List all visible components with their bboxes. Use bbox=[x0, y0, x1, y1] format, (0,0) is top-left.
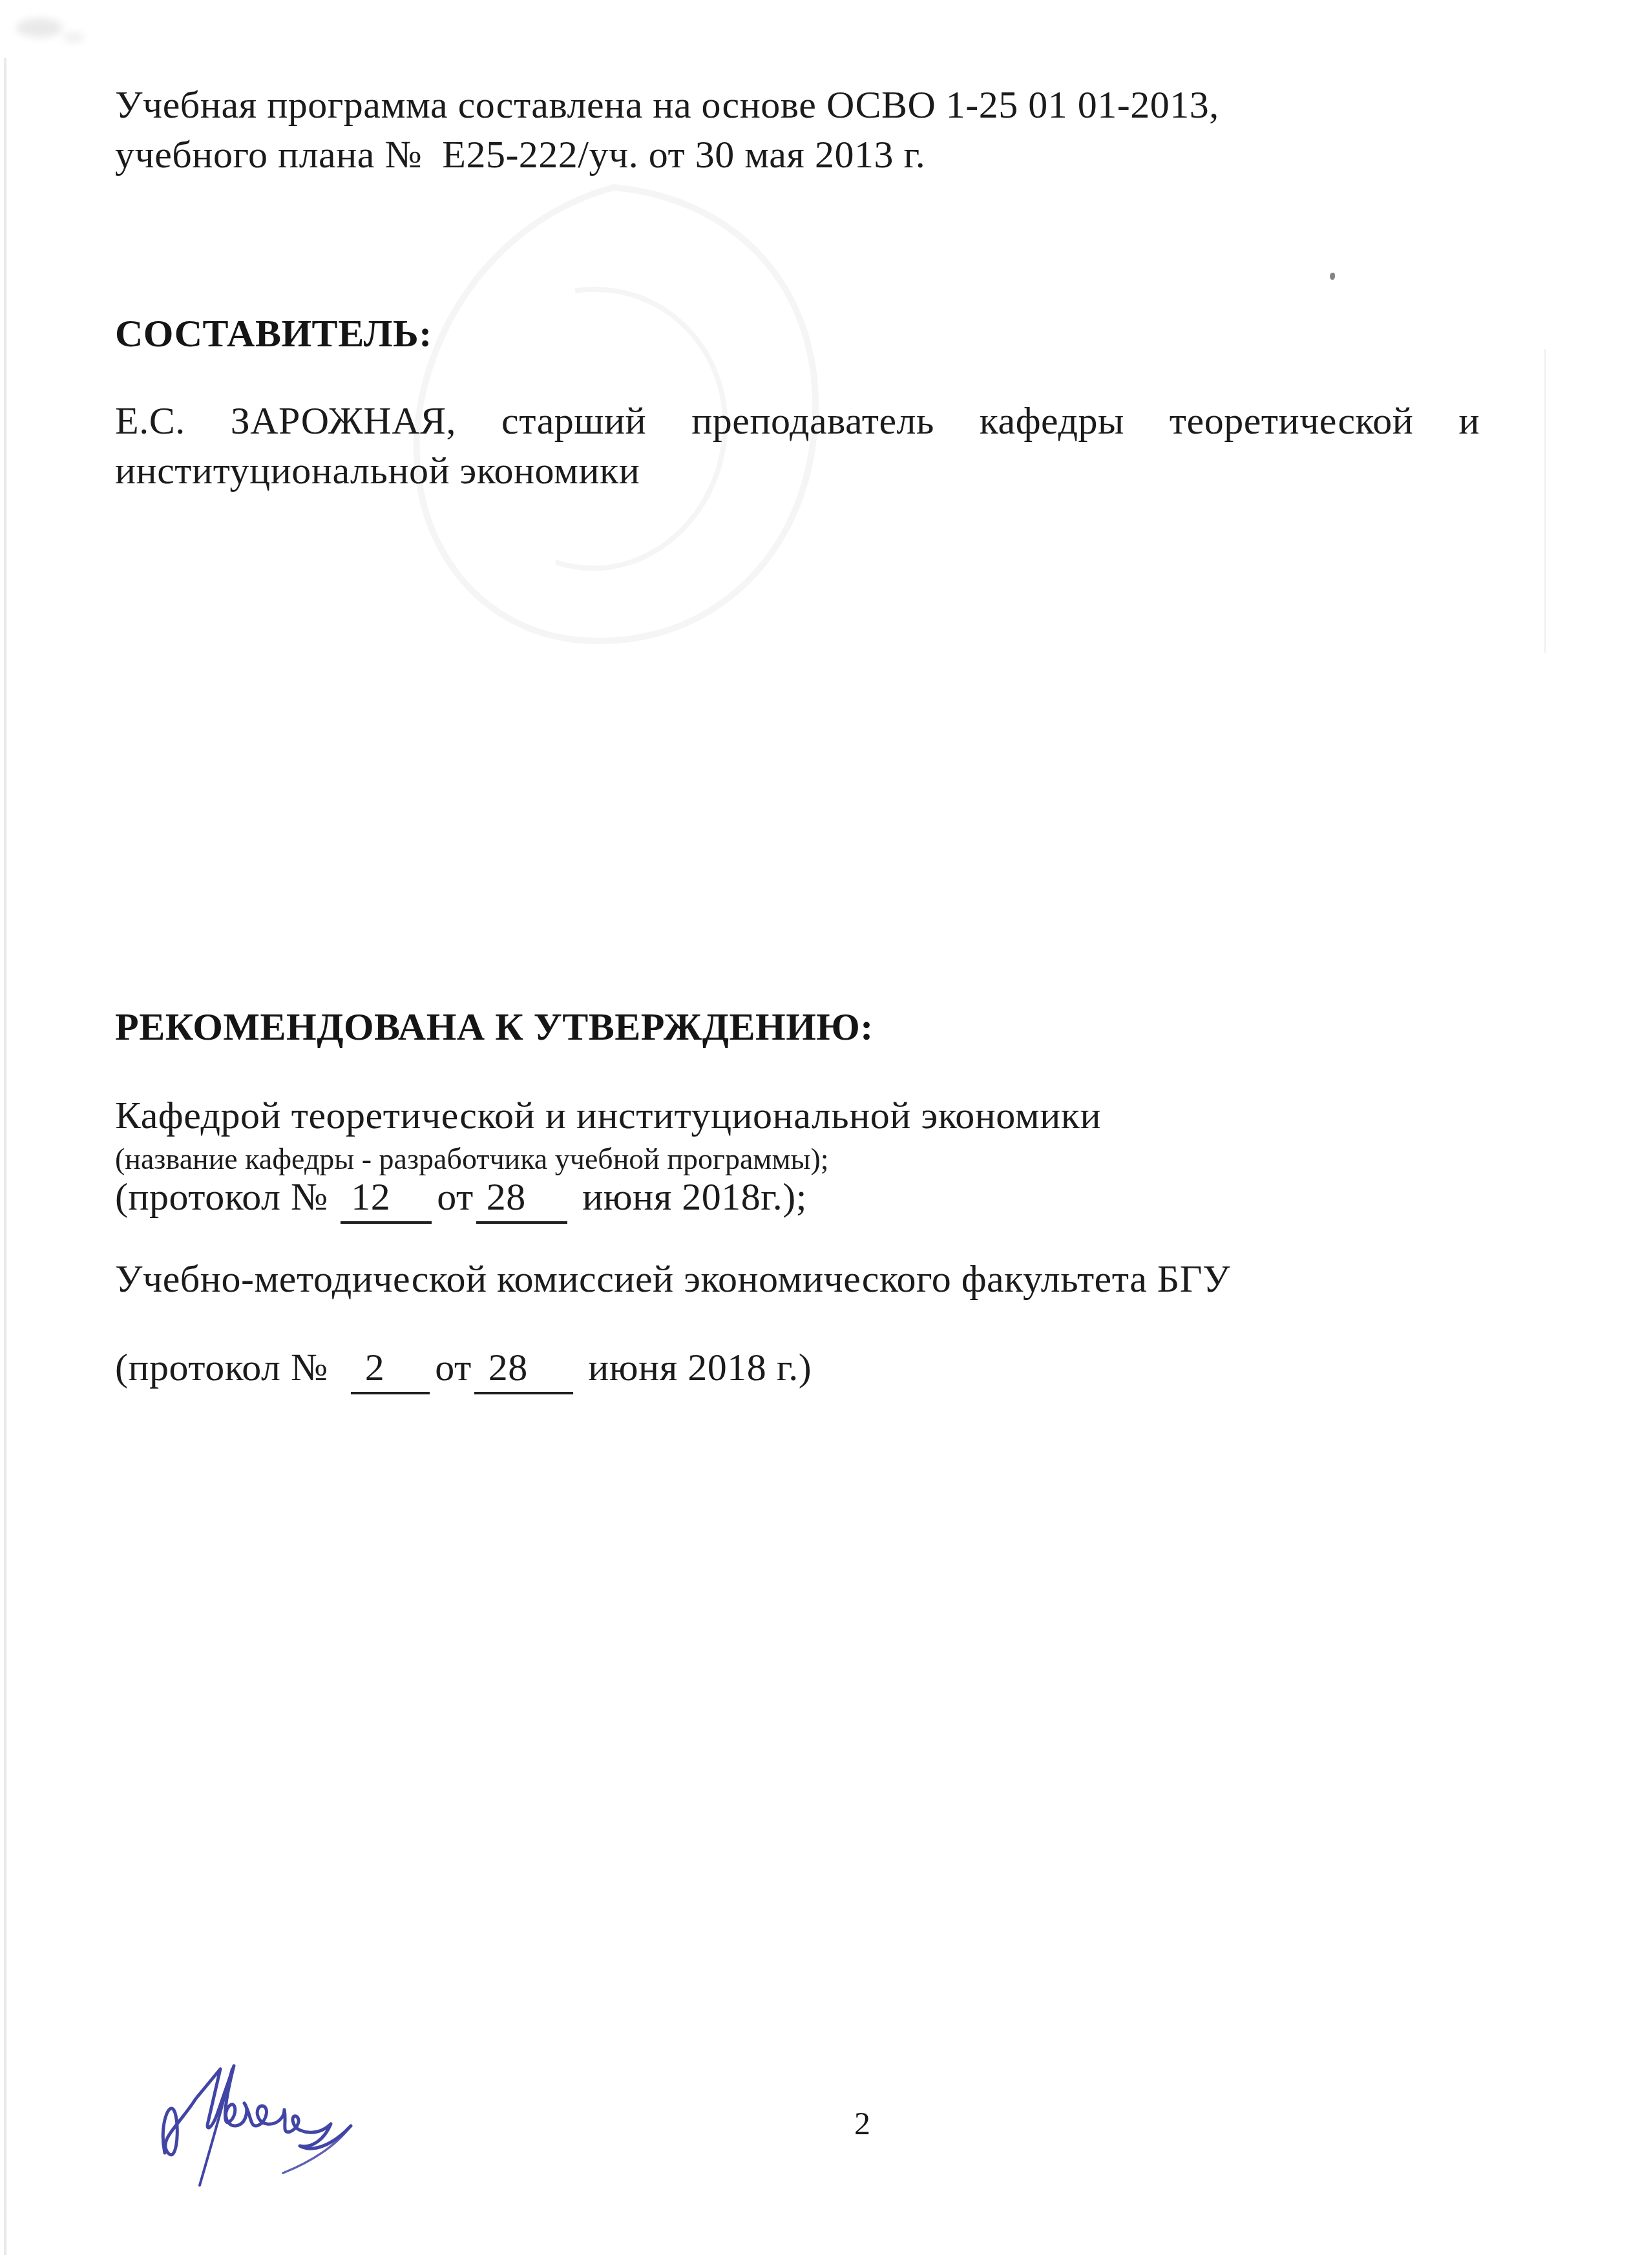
page-number: 2 bbox=[854, 2105, 870, 2141]
committee-line: Учебно-методической комиссией экономичес… bbox=[115, 1254, 1480, 1304]
signature-stroke bbox=[283, 2126, 350, 2173]
composer-heading: СОСТАВИТЕЛЬ: bbox=[115, 309, 1480, 359]
department-line: Кафедрой теоретической и институциональн… bbox=[115, 1091, 1480, 1140]
composer-line-2: институциональной экономики bbox=[115, 446, 1480, 496]
protocol1-date-field: 28 bbox=[476, 1175, 567, 1224]
protocol2-date-field: 28 bbox=[474, 1346, 573, 1394]
scan-smudge bbox=[16, 18, 63, 37]
scan-speck bbox=[1330, 273, 1335, 280]
protocol2-number-field: 2 bbox=[351, 1346, 430, 1394]
protocol2-suffix: июня 2018 г.) bbox=[578, 1346, 812, 1389]
protocol1-between: от bbox=[437, 1175, 473, 1218]
protocol1-prefix: (протокол № bbox=[115, 1175, 338, 1218]
protocol1-suffix: июня 2018г.); bbox=[572, 1175, 807, 1218]
signature-stroke bbox=[163, 2066, 351, 2155]
composer-line-1: Е.С. ЗАРОЖНАЯ, старший преподаватель каф… bbox=[115, 396, 1480, 446]
intro-line-2: учебного плана № Е25-222/уч. от 30 мая 2… bbox=[115, 130, 1480, 180]
protocol2-between: от bbox=[435, 1346, 471, 1389]
handwritten-signature bbox=[158, 2056, 365, 2203]
scan-smudge bbox=[63, 32, 84, 43]
approval-heading: РЕКОМЕНДОВАНА К УТВЕРЖДЕНИЮ: bbox=[115, 1002, 1480, 1052]
document-page: Учебная программа составлена на основе О… bbox=[0, 0, 1649, 2268]
protocol1-number-field: 12 bbox=[341, 1175, 432, 1224]
scan-edge-artifact-right bbox=[1544, 349, 1546, 653]
protocol-line-1: (протокол № 12от28 июня 2018г.); bbox=[115, 1172, 1480, 1222]
scan-edge-artifact-left bbox=[4, 58, 6, 2255]
intro-line-1: Учебная программа составлена на основе О… bbox=[115, 80, 1480, 130]
protocol-line-2: (протокол № 2от28 июня 2018 г.) bbox=[115, 1343, 1480, 1392]
protocol2-prefix: (протокол № bbox=[115, 1346, 348, 1389]
